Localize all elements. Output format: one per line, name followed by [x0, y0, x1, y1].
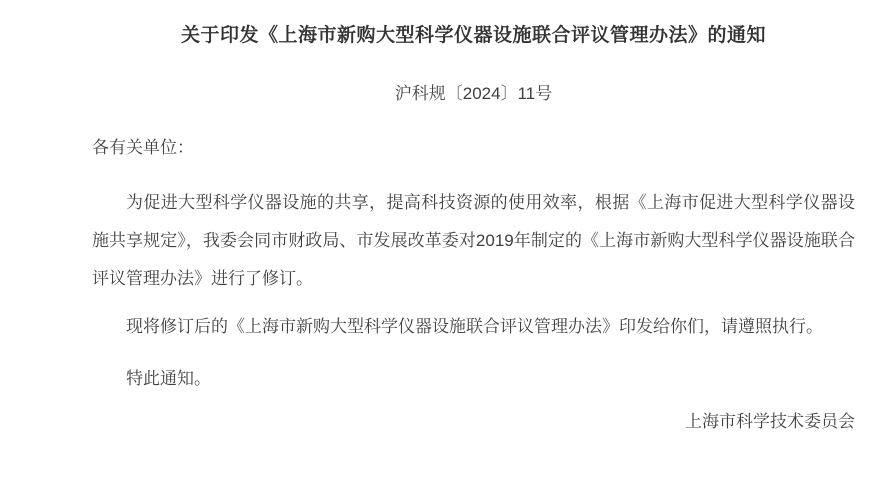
body-paragraph-3: 特此通知。 — [92, 360, 855, 398]
notice-document-page: 关于印发《上海市新购大型科学仪器设施联合评议管理办法》的通知 沪科规〔2024〕… — [0, 0, 873, 491]
signature: 上海市科学技术委员会 — [92, 410, 855, 434]
page-title: 关于印发《上海市新购大型科学仪器设施联合评议管理办法》的通知 — [92, 0, 855, 50]
body-paragraph-1: 为促进大型科学仪器设施的共享，提高科技资源的使用效率，根据《上海市促进大型科学仪… — [92, 184, 855, 298]
body-paragraph-2: 现将修订后的《上海市新购大型科学仪器设施联合评议管理办法》印发给你们，请遵照执行… — [92, 308, 855, 346]
document-number: 沪科规〔2024〕11号 — [92, 82, 855, 106]
salutation: 各有关单位： — [92, 136, 855, 160]
document-content: 关于印发《上海市新购大型科学仪器设施联合评议管理办法》的通知 沪科规〔2024〕… — [0, 0, 873, 434]
